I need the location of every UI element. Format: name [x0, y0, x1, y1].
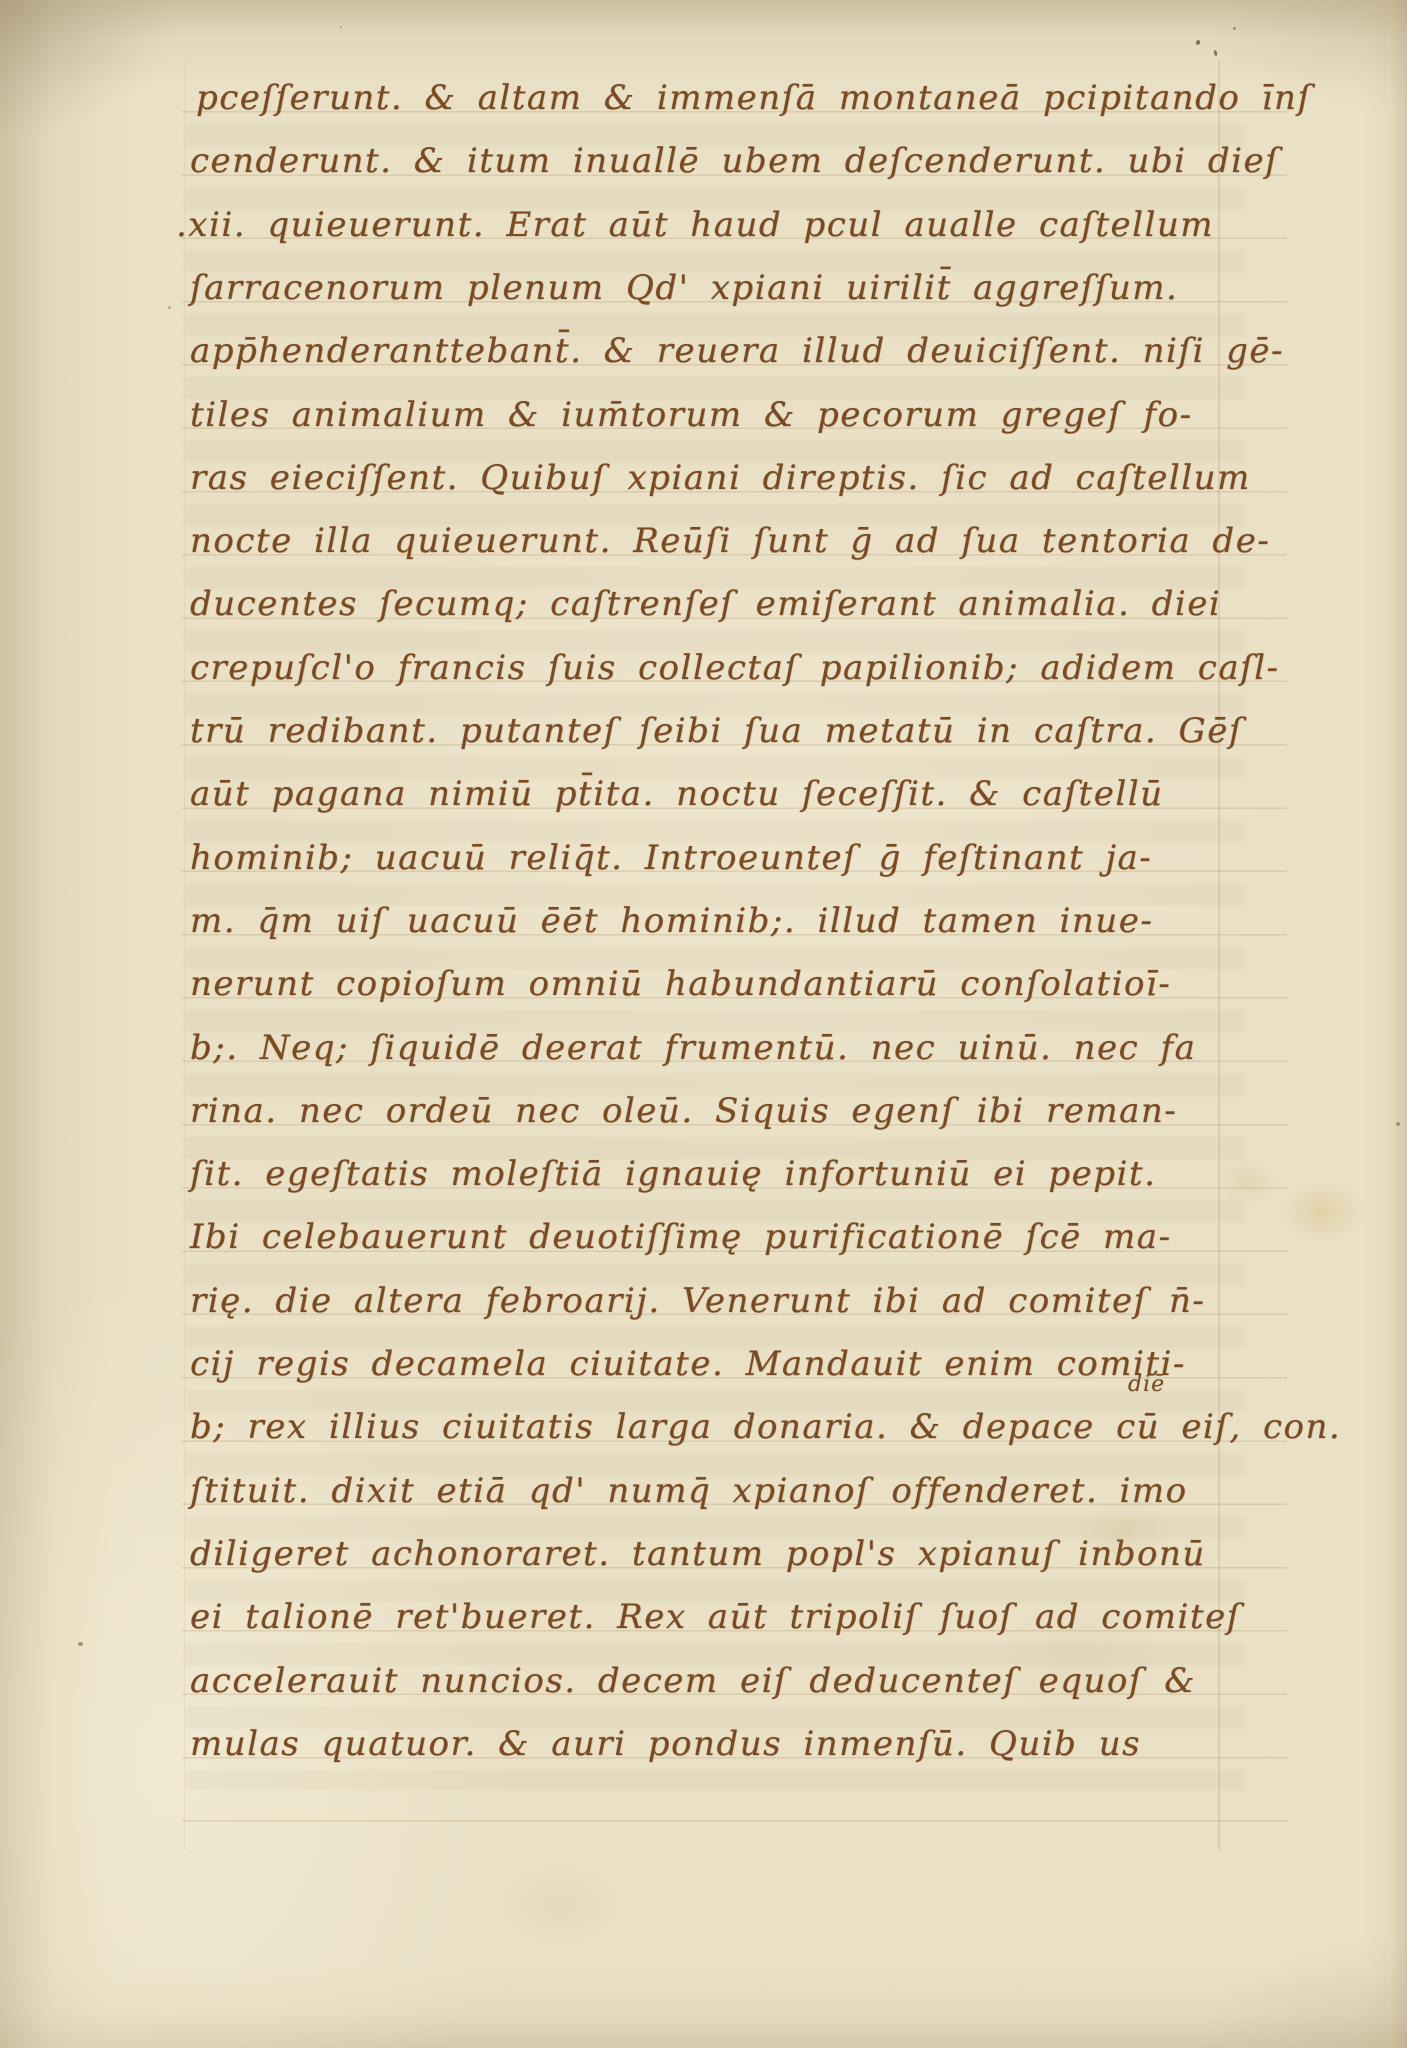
text-line: pceſſerunt. & altam & immenſā montaneā p… — [196, 78, 1312, 118]
text-line: hominib; uacuū reliq̄t. Introeunteſ ḡ fe… — [190, 838, 1152, 878]
interlinear-addition: diē — [1128, 1372, 1165, 1397]
text-line: ducentes ſecumq; caſtrenſeſ emiſerant an… — [190, 584, 1221, 624]
ruling-line-left-margin — [184, 60, 185, 1850]
text-line: aūt pagana nimiū pt̄ita. noctu ſeceſſit.… — [190, 774, 1164, 814]
text-line: cenderunt. & itum inuallē ubem deſcender… — [190, 141, 1279, 181]
manuscript-text-block: pceſſerunt. & altam & immenſā montaneā p… — [190, 78, 1310, 1838]
text-line: ſarracenorum plenum Qd' xpiani uirilit̄ … — [190, 268, 1178, 308]
text-line: m. q̄m uiſ uacuū ēēt hominib;. illud tam… — [190, 901, 1153, 941]
text-line: accelerauit nuncios. decem eiſ deducente… — [190, 1661, 1196, 1701]
ink-speck — [78, 1642, 83, 1646]
text-line: diligeret achonoraret. tantum popl's xpi… — [190, 1534, 1206, 1574]
ink-speck — [1213, 50, 1217, 57]
ink-speck — [1195, 39, 1200, 45]
text-line: tiles animalium & ium̄torum & pecorum gr… — [190, 395, 1193, 435]
manuscript-page: pceſſerunt. & altam & immenſā montaneā p… — [0, 0, 1407, 2048]
text-line: app̄henderanttebant̄. & reuera illud deu… — [190, 331, 1284, 371]
ink-speck — [1233, 27, 1236, 30]
text-line: Ibi celebauerunt deuotiſſimę purificatio… — [190, 1217, 1172, 1257]
ink-speck — [168, 306, 171, 309]
text-line: .xii. quieuerunt. Erat aūt haud pcul aua… — [176, 205, 1214, 245]
text-line: mulas quatuor. & auri pondus inmenſū. Qu… — [190, 1724, 1141, 1764]
text-line: ras eieciſſent. Quibuſ xpiani direptis. … — [190, 458, 1251, 498]
ink-speck — [1396, 1122, 1400, 1126]
ink-speck — [340, 26, 342, 28]
text-line: ſtituit. dixit etiā qd' numq̄ xpianoſ of… — [190, 1471, 1188, 1511]
text-line: ſit. egeſtatis moleſtiā ignauię infortun… — [190, 1154, 1156, 1194]
text-line: b;. Neq; ſiquidē deerat frumentū. nec ui… — [190, 1028, 1196, 1068]
text-line: ei talionē ret'bueret. Rex aūt tripoliſ … — [190, 1597, 1241, 1637]
text-line: crepuſcl'o francis ſuis collectaſ papili… — [190, 648, 1280, 688]
text-line: b; rex illius ciuitatis larga donaria. &… — [190, 1407, 1341, 1447]
text-line: nocte illa quieuerunt. Reūſi ſunt ḡ ad ſ… — [190, 521, 1270, 561]
text-line: cij regis decamela ciuitate. Mandauit en… — [190, 1344, 1186, 1384]
text-line: nerunt copioſum omniū habundantiarū conſ… — [190, 964, 1171, 1004]
text-line: trū redibant. putanteſ ſeibi ſua metatū … — [190, 711, 1243, 751]
text-line: rina. nec ordeū nec oleū. Siquis egenſ i… — [190, 1091, 1177, 1131]
text-line: rię. die altera febroarij. Venerunt ibi … — [190, 1281, 1205, 1321]
